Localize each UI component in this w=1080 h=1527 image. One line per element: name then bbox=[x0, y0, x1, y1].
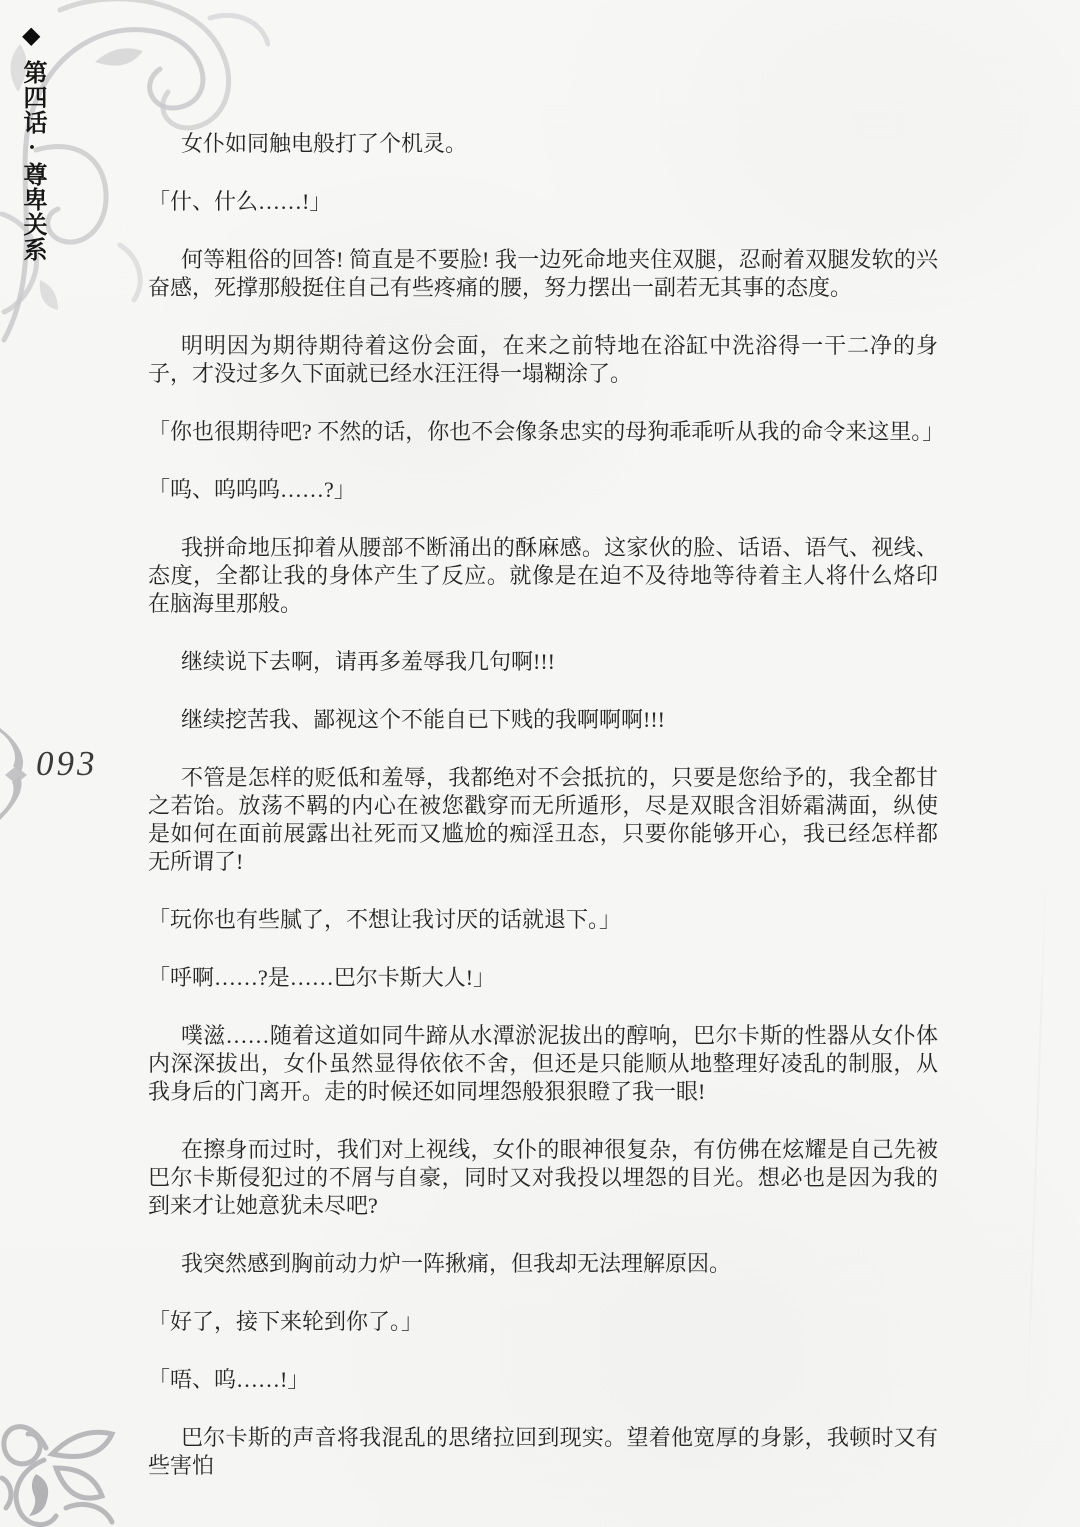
body-text: 女仆如同触电般打了个机灵。「什、什么……!」何等粗俗的回答! 简直是不要脸! 我… bbox=[148, 130, 938, 1510]
chapter-diamond-icon: ◆ bbox=[22, 24, 40, 48]
paragraph: 「呜、呜呜呜……?」 bbox=[148, 476, 938, 504]
paragraph: 巴尔卡斯的声音将我混乱的思绪拉回到现实。望着他宽厚的身影，我顿时又有些害怕 bbox=[148, 1424, 938, 1480]
page-number: 093 bbox=[36, 744, 98, 784]
paragraph: 「什、什么……!」 bbox=[148, 188, 938, 216]
paragraph: 继续说下去啊，请再多羞辱我几句啊!!! bbox=[148, 648, 938, 676]
book-page: ◆ 第四话·尊卑关系 093 女仆如同触电般打了个机灵。「什、什么……!」何等粗… bbox=[0, 0, 1080, 1527]
paragraph: 女仆如同触电般打了个机灵。 bbox=[148, 130, 938, 158]
paragraph: 「玩你也有些腻了，不想让我讨厌的话就退下。」 bbox=[148, 906, 938, 934]
paragraph: 何等粗俗的回答! 简直是不要脸! 我一边死命地夹住双腿，忍耐着双腿发软的兴奋感，… bbox=[148, 246, 938, 302]
paragraph: 不管是怎样的贬低和羞辱，我都绝对不会抵抗的，只要是您给予的，我全都甘之若饴。放荡… bbox=[148, 764, 938, 876]
paragraph: 「好了，接下来轮到你了。」 bbox=[148, 1308, 938, 1336]
calligraphic-leaf-flourish-icon bbox=[0, 726, 36, 822]
floral-swirl-flourish-icon bbox=[0, 1408, 128, 1527]
paragraph: 在擦身而过时，我们对上视线，女仆的眼神很复杂，有仿佛在炫耀是自己先被巴尔卡斯侵犯… bbox=[148, 1136, 938, 1220]
paragraph: 「你也很期待吧? 不然的话，你也不会像条忠实的母狗乖乖听从我的命令来这里。」 bbox=[148, 418, 938, 446]
paragraph: 「唔、呜……!」 bbox=[148, 1366, 938, 1394]
paragraph: 「呼啊……?是……巴尔卡斯大人!」 bbox=[148, 964, 938, 992]
chapter-title: 第四话·尊卑关系 bbox=[15, 60, 50, 280]
paper-crease bbox=[1024, 850, 1048, 1470]
paragraph: 明明因为期待期待着这份会面，在来之前特地在浴缸中洗浴得一干二净的身子，才没过多久… bbox=[148, 332, 938, 388]
paragraph: 继续挖苦我、鄙视这个不能自已下贱的我啊啊啊!!! bbox=[148, 706, 938, 734]
paragraph: 我突然感到胸前动力炉一阵揪痛，但我却无法理解原因。 bbox=[148, 1250, 938, 1278]
paragraph: 噗滋……随着这道如同牛蹄从水潭淤泥拔出的醇响，巴尔卡斯的性器从女仆体内深深拔出，… bbox=[148, 1022, 938, 1106]
paragraph: 我拼命地压抑着从腰部不断涌出的酥麻感。这家伙的脸、话语、语气、视线、态度，全都让… bbox=[148, 534, 938, 618]
